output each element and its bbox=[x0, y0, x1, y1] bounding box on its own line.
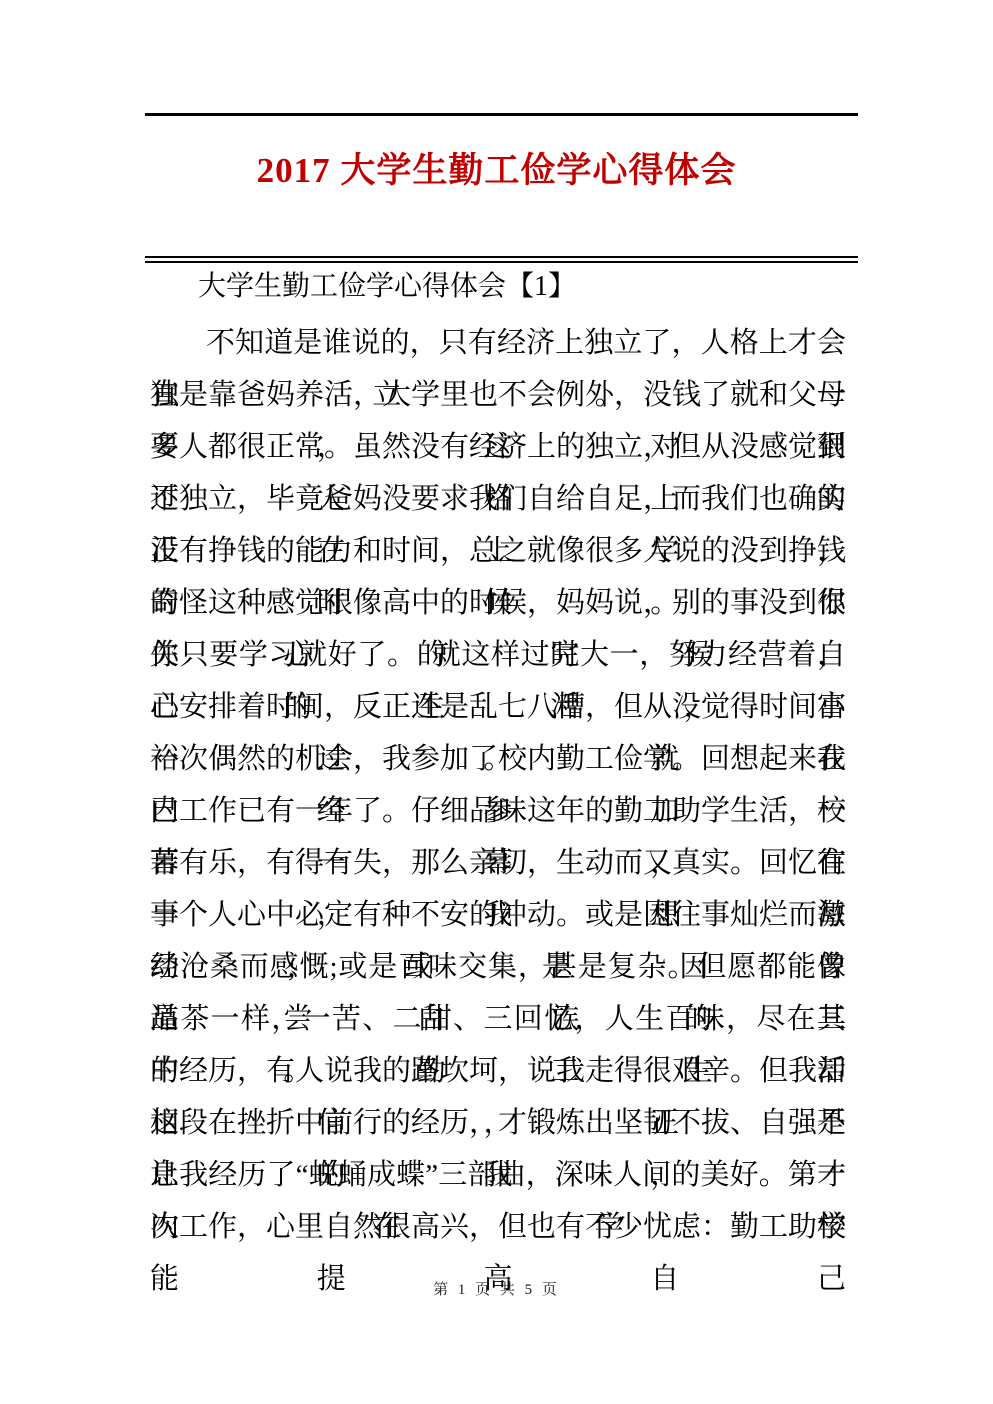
section-heading: 大学生勤工俭学心得体会【1】 bbox=[150, 268, 846, 306]
body-line: 多人都很正常。虽然没有经济上的独立，但从没感觉到过人格上的 bbox=[150, 421, 846, 473]
body-line: 苦有乐，有得有失，那么亲切，生动而又真实。回忆往事，我想每 bbox=[150, 837, 846, 889]
body-text: 不知道是谁说的，只有经济上独立了，人格上才会独立。一直是靠爸妈养活，大学里也不会… bbox=[150, 317, 846, 1253]
body-line: 心安排着时间，反正还是乱七八糟，但从没觉得时间富裕过。就在 bbox=[150, 681, 846, 733]
body-line: 你只要学习就好了。 就这样过完大一，努力经营着自己的生活，小 bbox=[150, 629, 846, 681]
body-line: 直是靠爸妈养活，大学里也不会例外，没钱了就和父母要，这对很 bbox=[150, 369, 846, 421]
body-line: 不独立，毕竟爸妈没要求我们自给自足，而我们也确实正在上学， bbox=[150, 473, 846, 525]
document-title: 2017 大学生勤工俭学心得体会 bbox=[0, 147, 993, 195]
page-number-footer: 第 1 页 共 5 页 bbox=[0, 1278, 993, 1299]
body-line: 奇怪这种感觉很像高中的时候，妈妈说，别的事没到你关心的时候， bbox=[150, 577, 846, 629]
body-line: 内工作，心里自然很高兴，但也有不少忧虑：勤工助学能提高自己 bbox=[150, 1201, 846, 1253]
body-line: 一次偶然的机会，我参加了校内勤工俭学。回想起来我已经参加校 bbox=[150, 733, 846, 785]
body-line: 让我经历了“蜕蛹成蝶”三部曲，深味人间的美好。第一次在学校 bbox=[150, 1149, 846, 1201]
body-line: 经沧桑而感慨;或是百味交集，甚是复杂。但愿都能像品尝白族的三 bbox=[150, 941, 846, 993]
body-line: 内工作已有一年了。仔细品味这年的勤工助学生活，一幕一幕，有 bbox=[150, 785, 846, 837]
double-divider bbox=[145, 256, 858, 263]
top-divider bbox=[145, 113, 858, 116]
body-line: 的经历，有人说我的路坎坷，说我走得很艰辛。但我却相信，正是 bbox=[150, 1045, 846, 1097]
document-page: 2017 大学生勤工俭学心得体会 大学生勤工俭学心得体会【1】 不知道是谁说的，… bbox=[0, 0, 993, 1404]
body-line: 这段在挫折中前行的经历，才锻炼出坚韧不拔、自强不息的我，才 bbox=[150, 1097, 846, 1149]
body-line: 一个人心中必定有种不安的冲动。或是因往事灿烂而激动;或是因曾 bbox=[150, 889, 846, 941]
body-line: 没有挣钱的能力和时间，总之就像很多人说的没到挣钱的时候。很 bbox=[150, 525, 846, 577]
body-line: 不知道是谁说的，只有经济上独立了，人格上才会独立。一 bbox=[150, 317, 846, 369]
body-line: 道茶一样，一苦、二甜、三回忆，人生百味，尽在其中。勤工生活 bbox=[150, 993, 846, 1045]
